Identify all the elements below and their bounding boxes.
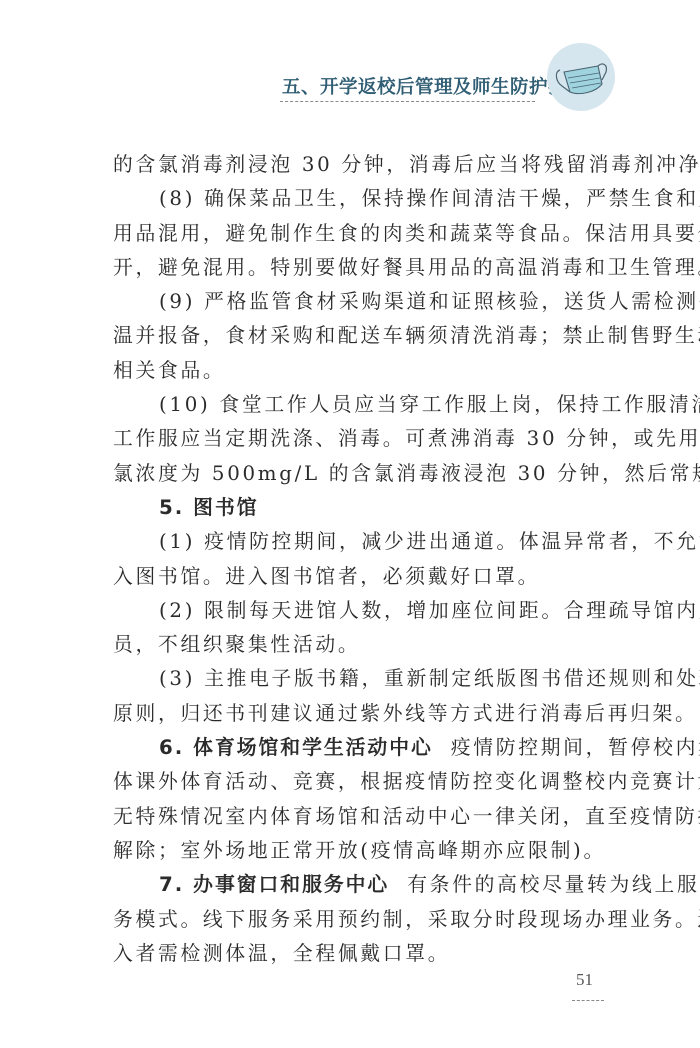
page-number-dashed-divider [572, 1000, 604, 1001]
text-line: 体课外体育活动、竞赛，根据疫情防控变化调整校内竞赛计划； [113, 765, 623, 799]
text-line: 的含氯消毒剂浸泡 30 分钟，消毒后应当将残留消毒剂冲净。 [113, 148, 623, 182]
header-dashed-divider [280, 101, 535, 102]
text-line: (9) 严格监管食材采购渠道和证照核验，送货人需检测体 [113, 285, 623, 319]
text-line: 员，不组织聚集性活动。 [113, 628, 623, 662]
text-line: (10) 食堂工作人员应当穿工作服上岗，保持工作服清洁， [113, 388, 623, 422]
text-line: 氯浓度为 500mg/L 的含氯消毒液浸泡 30 分钟，然后常规清洗。 [113, 457, 623, 491]
text-line: (1) 疫情防控期间，减少进出通道。体温异常者，不允许进 [113, 525, 623, 559]
paragraph-text: 疫情防控期间，暂停校内集 [451, 736, 700, 759]
text-line: 入者需检测体温，全程佩戴口罩。 [113, 937, 623, 971]
text-line: (2) 限制每天进馆人数，增加座位间距。合理疏导馆内人 [113, 594, 623, 628]
text-line: 7. 办事窗口和服务中心有条件的高校尽量转为线上服 [113, 868, 623, 902]
paragraph-text: 有条件的高校尽量转为线上服 [407, 873, 699, 896]
text-line: 用品混用，避免制作生食的肉类和蔬菜等食品。保洁用具要分 [113, 217, 623, 251]
text-line: 入图书馆。进入图书馆者，必须戴好口罩。 [113, 560, 623, 594]
text-line: (8) 确保菜品卫生，保持操作间清洁干燥，严禁生食和熟食 [113, 182, 623, 216]
text-line: (3) 主推电子版书籍，重新制定纸版图书借还规则和处理 [113, 662, 623, 696]
section-header-title: 五、开学返校后管理及师生防护指引 [282, 73, 586, 99]
text-line: 解除；室外场地正常开放(疫情高峰期亦应限制)。 [113, 834, 623, 868]
text-line: 原则，归还书刊建议通过紫外线等方式进行消毒后再归架。 [113, 697, 623, 731]
text-line: 无特殊情况室内体育场馆和活动中心一律关闭，直至疫情防控 [113, 800, 623, 834]
page-number: 51 [576, 970, 593, 990]
text-line: 工作服应当定期洗涤、消毒。可煮沸消毒 30 分钟，或先用有效 [113, 422, 623, 456]
text-line: 温并报备，食材采购和配送车辆须清洗消毒；禁止制售野生动物 [113, 319, 623, 353]
text-line: 开，避免混用。特别要做好餐具用品的高温消毒和卫生管理。 [113, 251, 623, 285]
section-heading-service: 7. 办事窗口和服务中心 [159, 873, 389, 896]
face-mask-icon [546, 42, 616, 112]
text-line: 相关食品。 [113, 354, 623, 388]
section-heading-sports: 6. 体育场馆和学生活动中心 [159, 736, 433, 759]
section-heading-library: 5. 图书馆 [113, 491, 623, 525]
document-body: 的含氯消毒剂浸泡 30 分钟，消毒后应当将残留消毒剂冲净。 (8) 确保菜品卫生… [113, 148, 623, 971]
text-line: 6. 体育场馆和学生活动中心疫情防控期间，暂停校内集 [113, 731, 623, 765]
text-line: 务模式。线下服务采用预约制，采取分时段现场办理业务。进 [113, 903, 623, 937]
